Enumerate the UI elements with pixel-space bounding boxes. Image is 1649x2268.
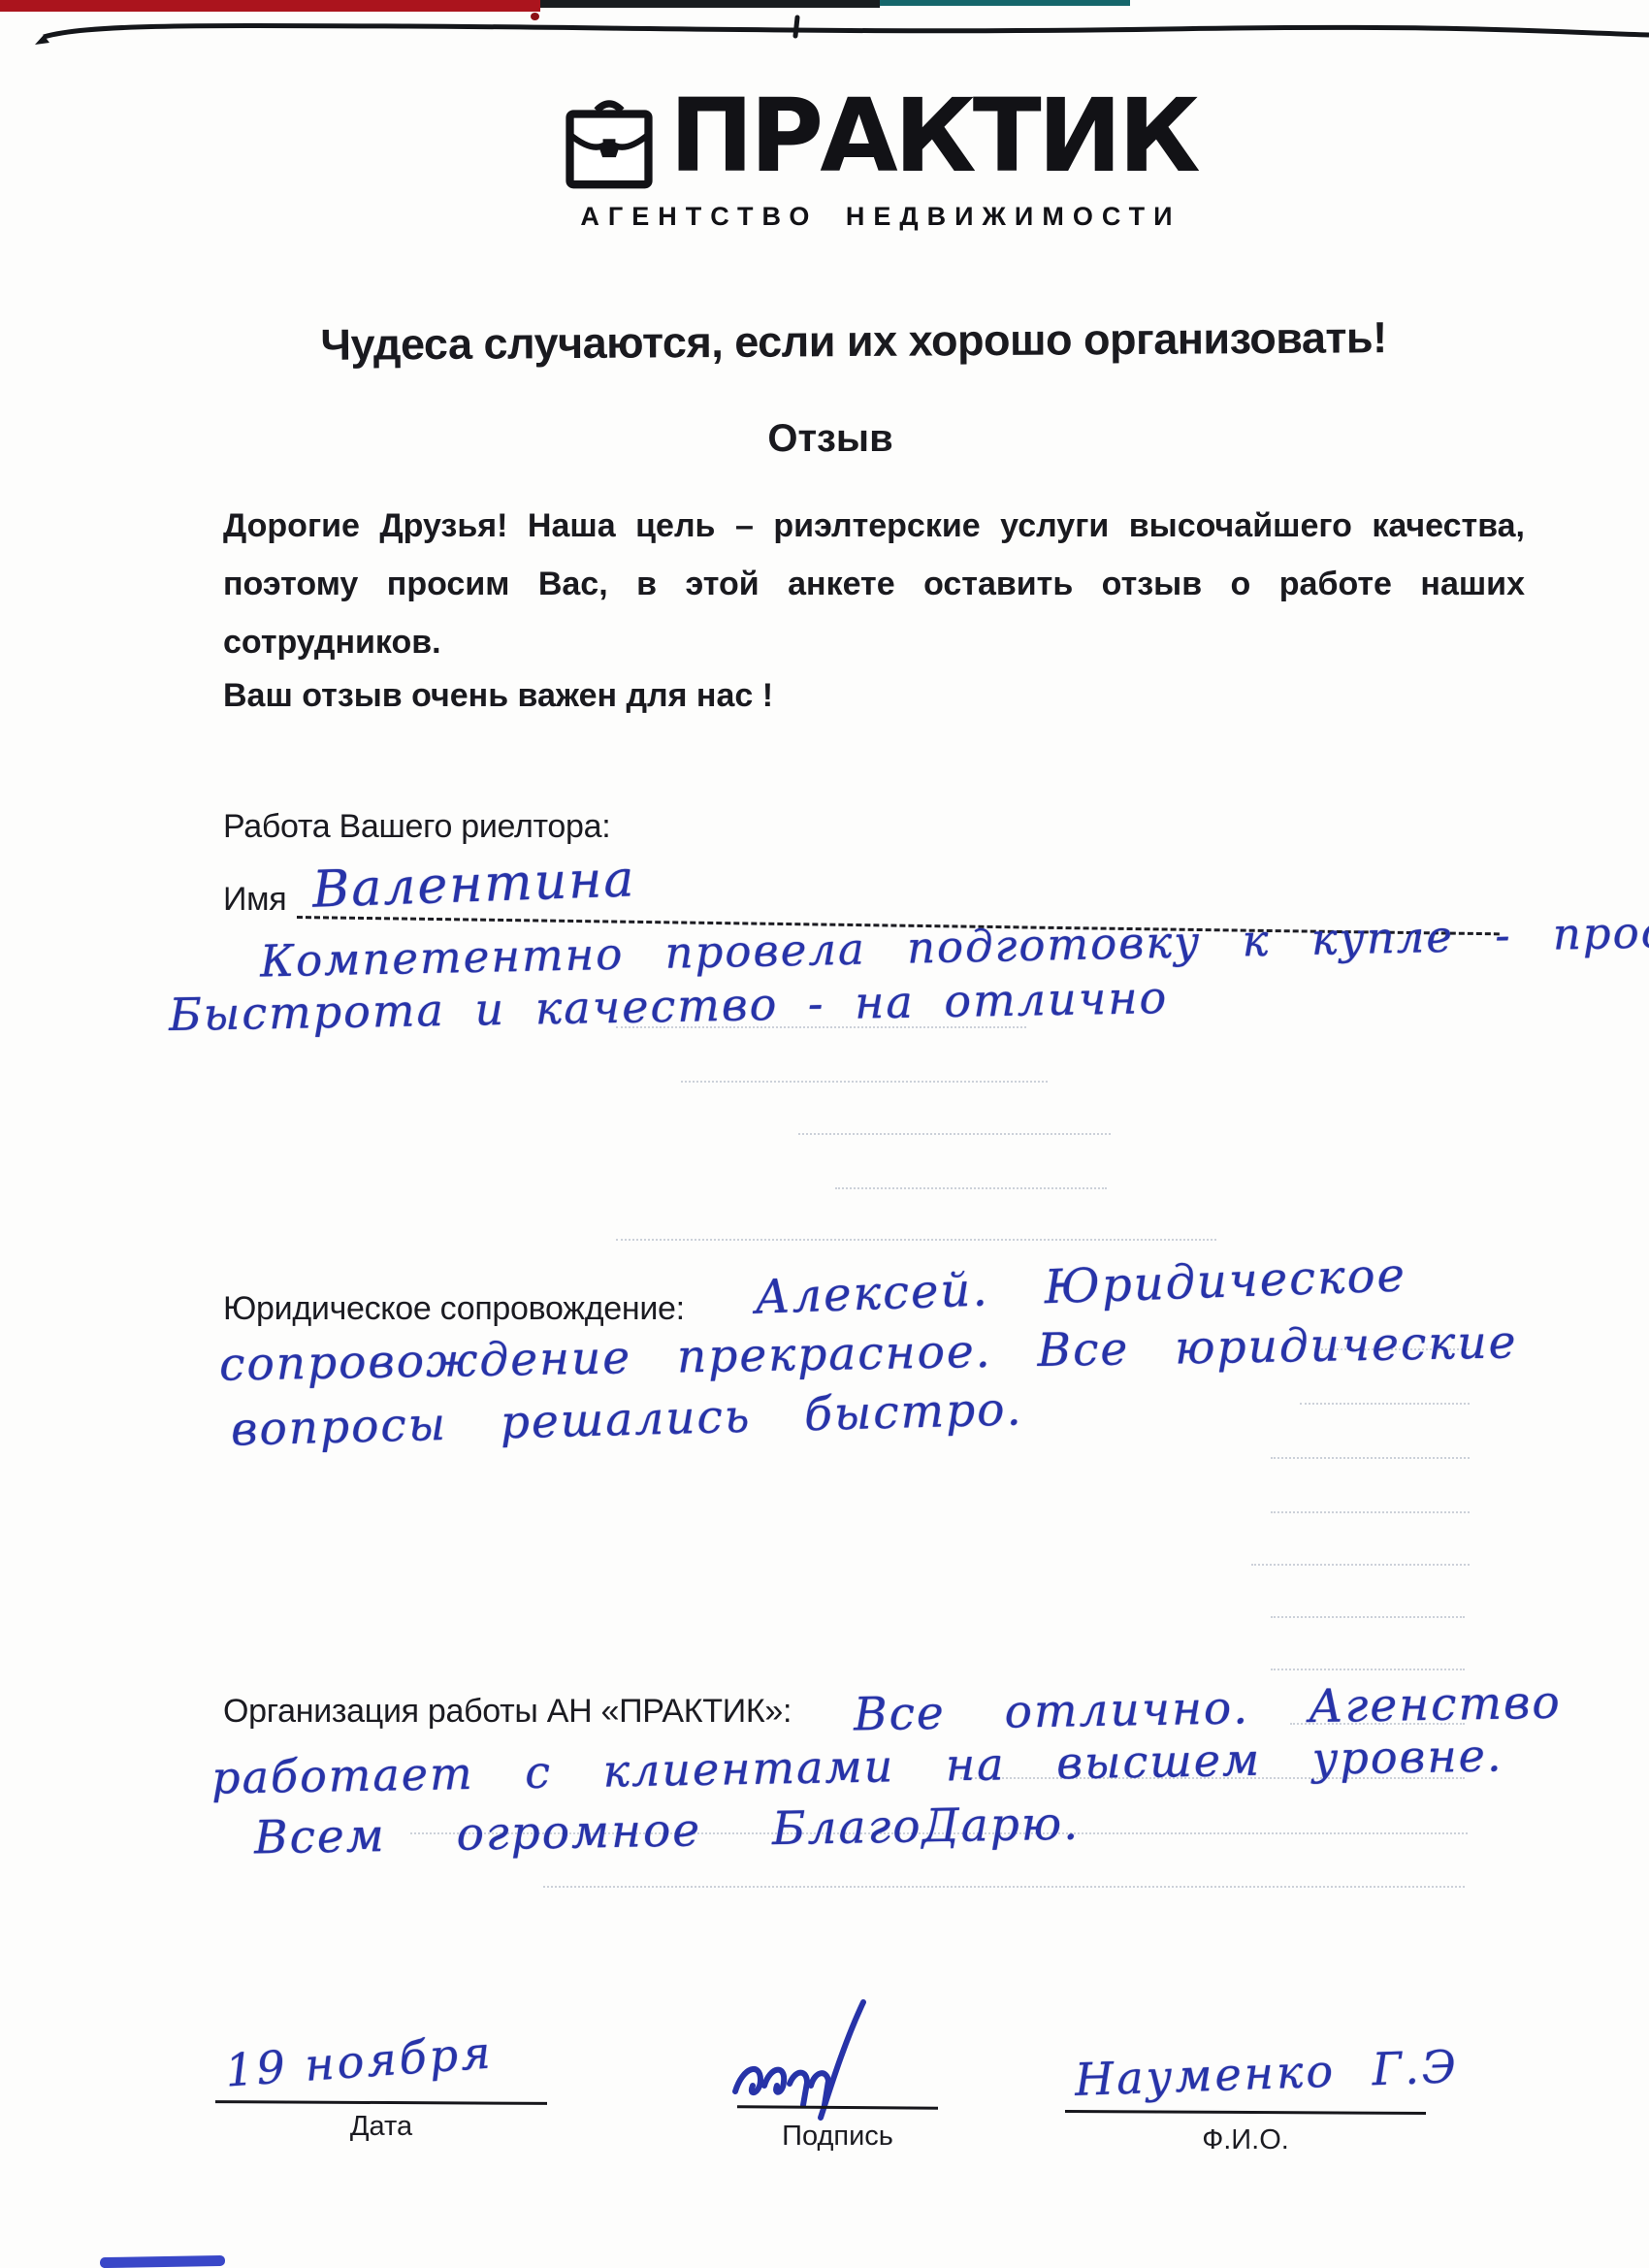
- date-underline: [215, 2100, 547, 2105]
- brand-subtitle: АГЕНТСТВО НЕДВИЖИМОСТИ: [570, 202, 1191, 232]
- scan-artifact-wavy-line: [0, 0, 1649, 68]
- legal-comment-line-1: Алексей. Юридическое: [754, 1251, 1406, 1320]
- legal-section-label: Юридическое сопровождение:: [223, 1290, 685, 1328]
- date-label: Дата: [215, 2111, 547, 2143]
- faint-ruled-line: [681, 1081, 1048, 1083]
- intro-line-3: сотрудников.: [223, 613, 1525, 671]
- faint-ruled-line: [798, 1133, 1111, 1135]
- fio-value-handwritten: Науменко Г.Э: [1074, 2044, 1459, 2102]
- faint-ruled-line: [543, 1886, 1465, 1888]
- signature-stroke: [718, 1977, 902, 2122]
- name-label: Имя: [223, 881, 286, 919]
- faint-ruled-line: [616, 1026, 1026, 1028]
- section-title: Отзыв: [0, 417, 1649, 461]
- intro-line-2: поэтому просим Вас, в этой анкете остави…: [223, 555, 1525, 613]
- fio-label: Ф.И.О.: [1065, 2124, 1426, 2156]
- faint-ruled-line: [1271, 1457, 1470, 1459]
- intro-paragraph: Дорогие Друзья! Наша цель – риэлтерские …: [223, 497, 1525, 671]
- faint-ruled-line: [1271, 1511, 1470, 1513]
- faint-ruled-line: [616, 1239, 1216, 1241]
- organization-section-label: Организация работы АН «ПРАКТИК»:: [223, 1693, 792, 1731]
- intro-line-1: Дорогие Друзья! Наша цель – риэлтерские …: [223, 497, 1525, 555]
- legal-comment-line-3: вопросы решались быстро.: [231, 1386, 1023, 1452]
- headline: Чудеса случаются, если их хорошо организ…: [233, 312, 1474, 372]
- realtor-section-label: Работа Вашего риелтора:: [223, 808, 610, 846]
- scan-artifact-bottom-blue-bar: [100, 2255, 225, 2268]
- organization-comment-line-3: Всем огромное БлагоДарю.: [254, 1801, 1081, 1862]
- faint-ruled-line: [1251, 1564, 1470, 1566]
- date-value-handwritten: 19 ноября: [224, 2029, 495, 2092]
- signature-label: Подпись: [737, 2121, 938, 2153]
- scanned-feedback-form: ПРАКТИК АГЕНТСТВО НЕДВИЖИМОСТИ Чудеса сл…: [0, 0, 1649, 2268]
- faint-ruled-line: [1271, 1616, 1465, 1618]
- fio-underline: [1065, 2110, 1426, 2115]
- faint-ruled-line: [1271, 1669, 1465, 1670]
- brand-wordmark: ПРАКТИК: [669, 85, 1197, 186]
- briefcase-icon: [565, 95, 654, 189]
- legal-comment-line-2: сопровождение прекрасное. Все юридически…: [219, 1319, 1518, 1387]
- name-value-handwritten: Валентина: [311, 854, 636, 916]
- faint-ruled-line: [835, 1187, 1107, 1189]
- organization-comment-line-2: работает с клиентами на высшем уровне.: [211, 1733, 1503, 1799]
- importance-note: Ваш отзыв очень важен для нас !: [223, 677, 773, 715]
- faint-ruled-line: [1300, 1403, 1470, 1405]
